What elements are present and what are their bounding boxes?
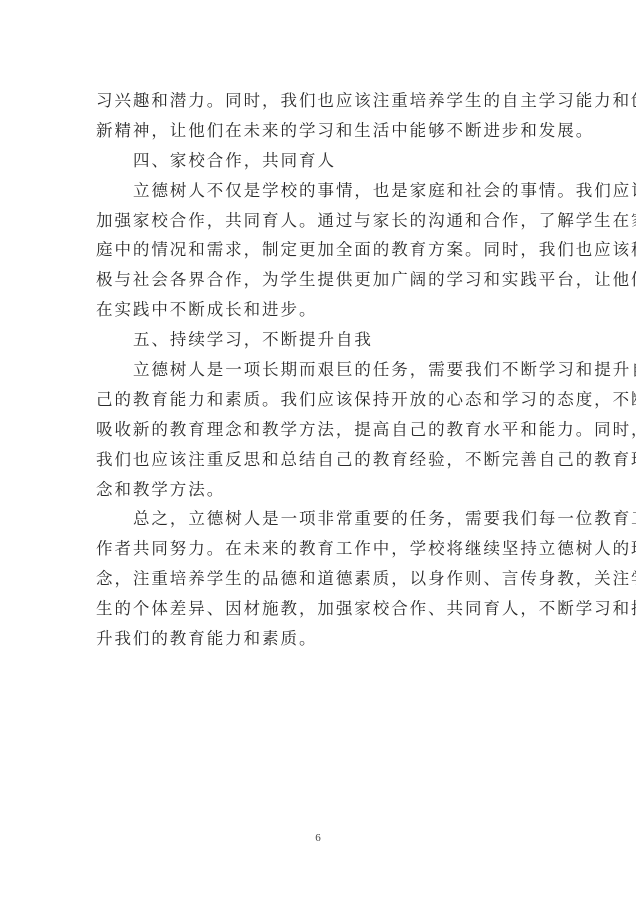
page-number: 6 [0, 832, 636, 844]
document-page: 习兴趣和潜力。同时，我们也应该注重培养学生的自主学习能力和创 新精神，让他们在未… [0, 0, 636, 900]
paragraph-line: 庭中的情况和需求，制定更加全面的教育方案。同时，我们也应该积 [96, 235, 542, 265]
paragraph-line: 升我们的教育能力和素质。 [96, 624, 542, 654]
paragraph-line: 生的个体差异、因材施教，加强家校合作、共同育人，不断学习和提 [96, 594, 542, 624]
paragraph-line: 念和教学方法。 [96, 475, 542, 505]
paragraph-line: 在实践中不断成长和进步。 [96, 295, 542, 325]
paragraph-line: 新精神，让他们在未来的学习和生活中能够不断进步和发展。 [96, 116, 542, 146]
paragraph-line: 习兴趣和潜力。同时，我们也应该注重培养学生的自主学习能力和创 [96, 86, 542, 116]
paragraph-line: 加强家校合作，共同育人。通过与家长的沟通和合作，了解学生在家 [96, 206, 542, 236]
paragraph-line: 极与社会各界合作，为学生提供更加广阔的学习和实践平台，让他们 [96, 265, 542, 295]
paragraph-line: 吸收新的教育理念和教学方法，提高自己的教育水平和能力。同时， [96, 415, 542, 445]
document-body: 习兴趣和潜力。同时，我们也应该注重培养学生的自主学习能力和创 新精神，让他们在未… [96, 86, 542, 654]
paragraph-line: 己的教育能力和素质。我们应该保持开放的心态和学习的态度，不断 [96, 385, 542, 415]
section-heading-5: 五、持续学习，不断提升自我 [96, 325, 542, 355]
paragraph-line: 作者共同努力。在未来的教育工作中，学校将继续坚持立德树人的理 [96, 534, 542, 564]
section-heading-4: 四、家校合作，共同育人 [96, 146, 542, 176]
paragraph-line: 立德树人是一项长期而艰巨的任务，需要我们不断学习和提升自 [96, 355, 542, 385]
paragraph-line: 我们也应该注重反思和总结自己的教育经验，不断完善自己的教育理 [96, 445, 542, 475]
paragraph-line: 念，注重培养学生的品德和道德素质，以身作则、言传身教，关注学 [96, 564, 542, 594]
conclusion-paragraph-start: 总之，立德树人是一项非常重要的任务，需要我们每一位教育工 [96, 504, 542, 534]
paragraph-line: 立德树人不仅是学校的事情，也是家庭和社会的事情。我们应该 [96, 176, 542, 206]
